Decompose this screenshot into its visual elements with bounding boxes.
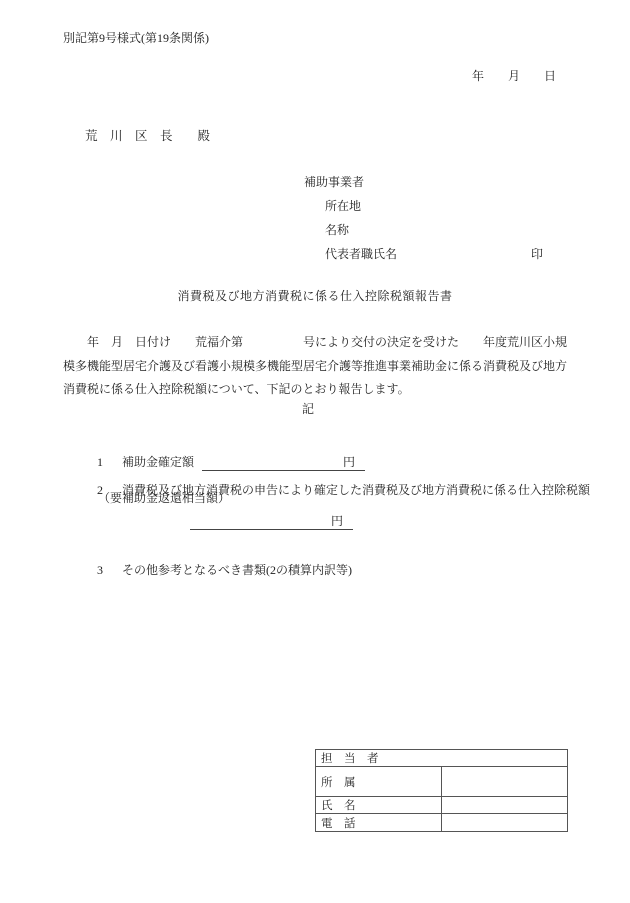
phone-label: 電 話 xyxy=(316,814,442,832)
document-page: 別記第9号様式(第19条関係) 年 月 日 荒 川 区 長 殿 補助事業者 所在… xyxy=(0,0,630,903)
item-2-note: （要補助金返還相当額） xyxy=(98,489,230,506)
list-item-3: 3その他参考となるべき書類(2の積算内訳等) xyxy=(85,546,352,593)
affiliation-value xyxy=(442,767,568,797)
body-paragraph: 年 月 日付け 荒福介第 号により交付の決定を受けた 年度荒川区小規模多機能型居… xyxy=(63,331,567,402)
form-number: 別記第9号様式(第19条関係) xyxy=(63,29,209,46)
applicant-field-address: 所在地 xyxy=(325,197,361,214)
phone-value xyxy=(442,814,568,832)
record-marker: 記 xyxy=(0,400,616,417)
applicant-heading: 補助事業者 xyxy=(304,173,364,190)
document-title: 消費税及び地方消費税に係る仕入控除税額報告書 xyxy=(0,287,630,304)
affiliation-label: 所 属 xyxy=(316,767,442,797)
item-3-label: その他参考となるべき書類(2の積算内訳等) xyxy=(122,563,352,577)
table-row: 所 属 xyxy=(316,767,568,797)
item-3-number: 3 xyxy=(97,563,122,578)
applicant-field-representative: 代表者職氏名 xyxy=(325,245,397,262)
contact-table-header: 担 当 者 xyxy=(316,750,568,767)
table-row: 氏 名 xyxy=(316,797,568,814)
applicant-field-name: 名称 xyxy=(325,221,349,238)
item-2-unit: 円 xyxy=(331,514,343,528)
addressee: 荒 川 区 長 殿 xyxy=(85,126,210,144)
amount-blank-2-wrap: 円 xyxy=(190,512,353,530)
table-row: 電 話 xyxy=(316,814,568,832)
name-value xyxy=(442,797,568,814)
name-label: 氏 名 xyxy=(316,797,442,814)
amount-blank-2: 円 xyxy=(190,512,353,530)
date-line: 年 月 日 xyxy=(472,67,556,84)
contact-table: 担 当 者 所 属 氏 名 電 話 xyxy=(315,749,568,832)
seal-mark: 印 xyxy=(531,245,543,262)
